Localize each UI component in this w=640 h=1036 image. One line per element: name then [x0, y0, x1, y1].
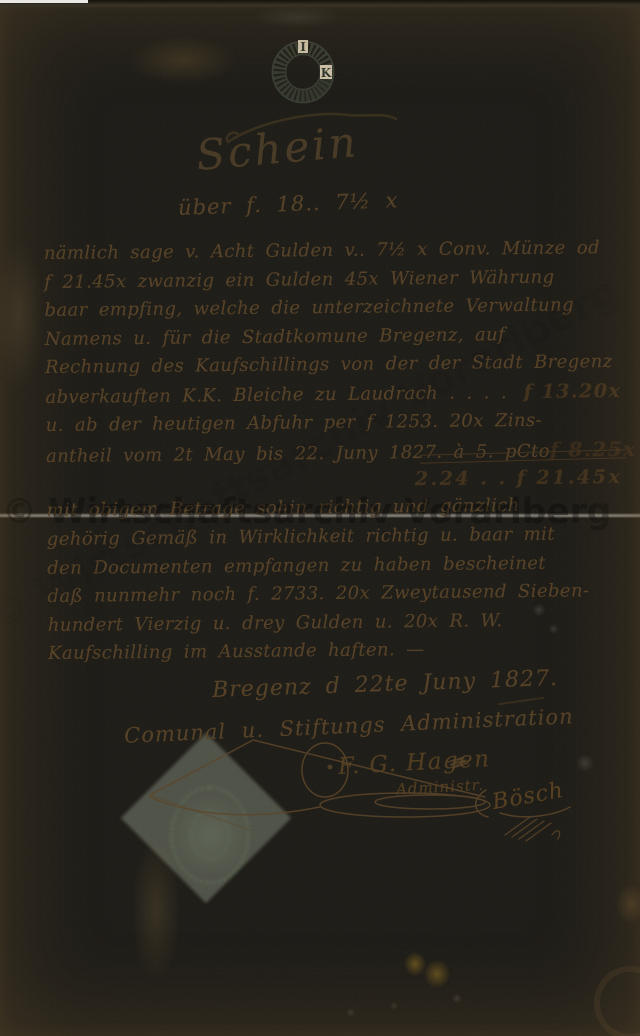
signature-flourish [130, 735, 640, 847]
ink-dot [328, 765, 333, 770]
stamp-letter-top: I [300, 40, 306, 54]
manuscript-line-amount: 2.24 . . f 21.45x [415, 466, 623, 490]
paper-stain [252, 6, 342, 28]
manuscript-line-text: baar empfing, welche die unterzeichnete … [44, 295, 574, 322]
date-underline [498, 697, 544, 705]
paper-stain [616, 884, 640, 924]
archive-watermark: © Wirtschaftsarchiv Vorarlberg [2, 492, 630, 532]
manuscript-line-text: nämlich sage v. Acht Gulden v.. 7½ x Con… [44, 237, 600, 264]
stamp-letter-side: K [321, 66, 332, 80]
document-scan: I K Schein über f. 18.. 7½ x nämlich sag… [0, 0, 640, 1036]
paper-stain [0, 240, 44, 390]
paper-stain [404, 952, 426, 976]
manuscript-line-text: hundert Vierzig u. drey Gulden u. 20x R.… [48, 610, 503, 636]
manuscript-subtitle: über f. 18.. 7½ x [178, 188, 399, 220]
manuscript-line-text: Kaufschilling im Ausstande haften. — [48, 639, 425, 664]
place-date-line: Bregenz d 22te Juny 1827. [212, 666, 559, 703]
paper-stain [424, 960, 450, 988]
revenue-stamp-icon: I K [263, 32, 343, 112]
scan-edge-sliver [0, 0, 88, 3]
paper-stain [128, 36, 238, 84]
manuscript-line-text: daß nunmehr noch f. 2733. 20x Zweytausen… [47, 580, 589, 607]
manuscript-line-amount: f 13.20x [524, 380, 622, 403]
paper-stain [452, 994, 462, 1003]
paper-stain [346, 1008, 355, 1017]
manuscript-line-text: Namens u. für die Stadtkomune Bregenz, a… [45, 324, 506, 350]
paper-stain [390, 1002, 398, 1010]
paper-stain [594, 966, 640, 1036]
scan-edge [0, 0, 640, 9]
manuscript-line-text: f 21.45x zwanzig ein Gulden 45x Wiener W… [44, 266, 555, 292]
